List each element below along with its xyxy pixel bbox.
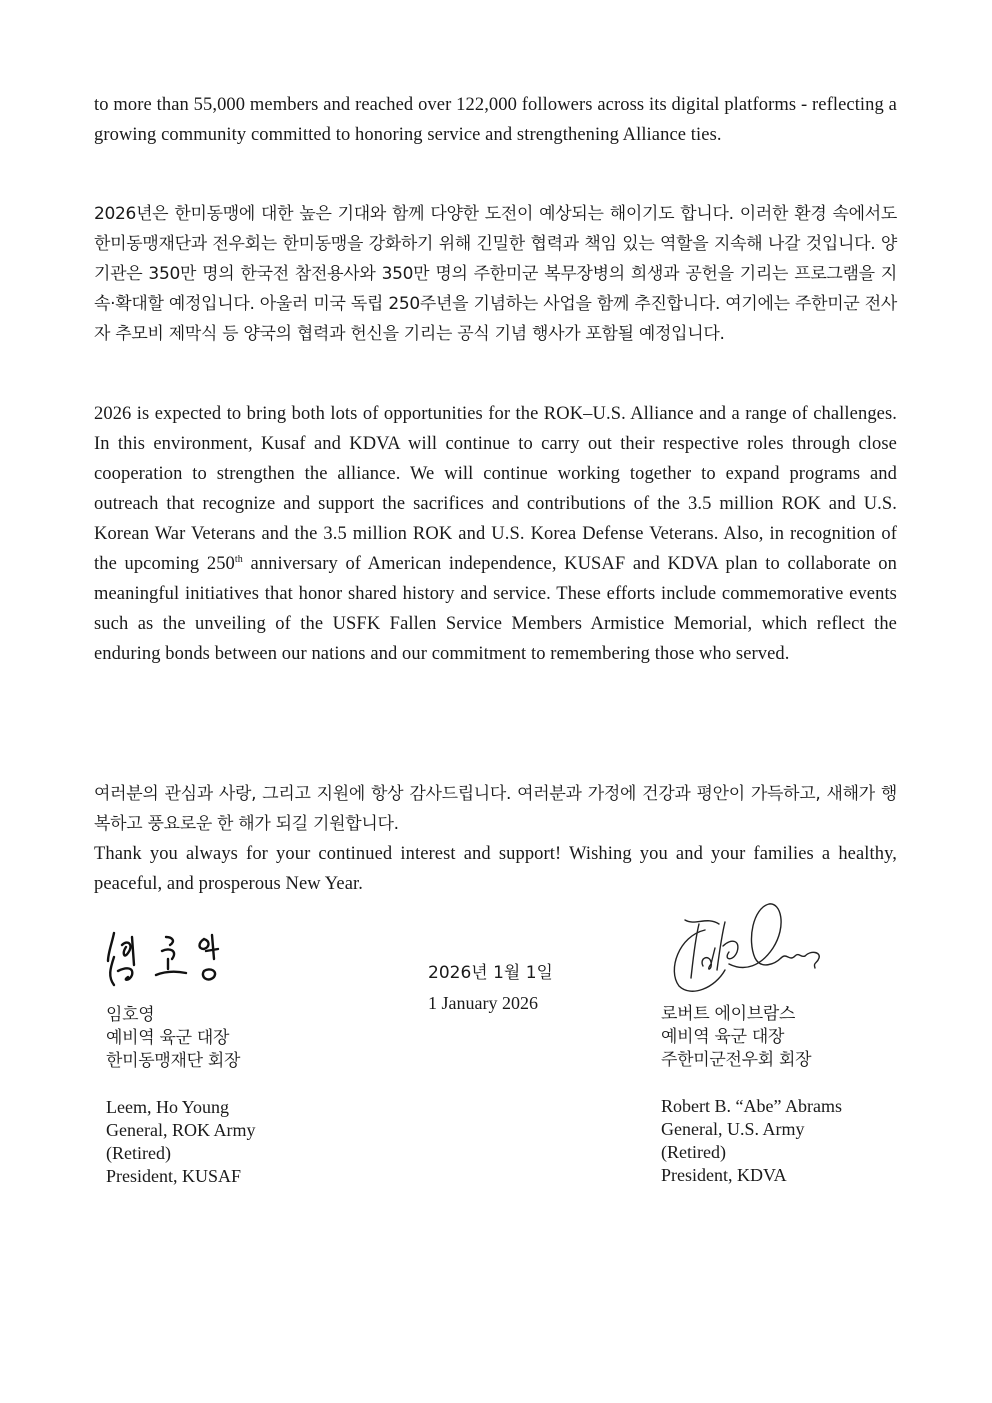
signature-leem-ho-young <box>100 925 240 995</box>
ordinal-superscript: th <box>235 554 243 565</box>
closing-korean: 여러분의 관심과 사랑, 그리고 지원에 항상 감사드립니다. 여러분과 가정에… <box>94 779 897 839</box>
date-korean: 2026년 1월 1일 <box>428 958 553 988</box>
signatory-name-english: Leem, Ho Young <box>106 1096 255 1119</box>
signatory-rank-korean: 예비역 육군 대장 <box>106 1027 255 1050</box>
signatory-status-english: (Retired) <box>106 1142 255 1165</box>
closing-english: Thank you always for your continued inte… <box>94 839 897 899</box>
signatory-title-english: President, KUSAF <box>106 1165 255 1188</box>
paragraph-membership-continuation: to more than 55,000 members and reached … <box>94 90 897 150</box>
signatory-left: 임호영 예비역 육군 대장 한미동맹재단 회장 Leem, Ho Young G… <box>106 1004 255 1188</box>
signatory-rank-english: General, U.S. Army <box>661 1118 842 1141</box>
letter-date: 2026년 1월 1일 1 January 2026 <box>428 958 553 1018</box>
signature-robert-abrams <box>665 900 835 1000</box>
paragraph-text-part: 2026 is expected to bring both lots of o… <box>94 404 897 574</box>
paragraph-2026-outlook-korean: 2026년은 한미동맹에 대한 높은 기대와 함께 다양한 도전이 예상되는 해… <box>94 199 897 349</box>
paragraph-2026-outlook-english: 2026 is expected to bring both lots of o… <box>94 399 897 669</box>
signatory-name-korean: 로버트 에이브람스 <box>661 1003 842 1026</box>
date-english: 1 January 2026 <box>428 988 553 1018</box>
signatory-name-korean: 임호영 <box>106 1004 255 1027</box>
signatory-name-english: Robert B. “Abe” Abrams <box>661 1095 842 1118</box>
signatory-status-english: (Retired) <box>661 1141 842 1164</box>
signatory-title-korean: 한미동맹재단 회장 <box>106 1050 255 1073</box>
signatory-rank-english: General, ROK Army <box>106 1119 255 1142</box>
signatory-title-english: President, KDVA <box>661 1164 842 1187</box>
signatory-title-korean: 주한미군전우회 회장 <box>661 1049 842 1072</box>
signatory-rank-korean: 예비역 육군 대장 <box>661 1026 842 1049</box>
signatory-right: 로버트 에이브람스 예비역 육군 대장 주한미군전우회 회장 Robert B.… <box>661 1003 842 1187</box>
